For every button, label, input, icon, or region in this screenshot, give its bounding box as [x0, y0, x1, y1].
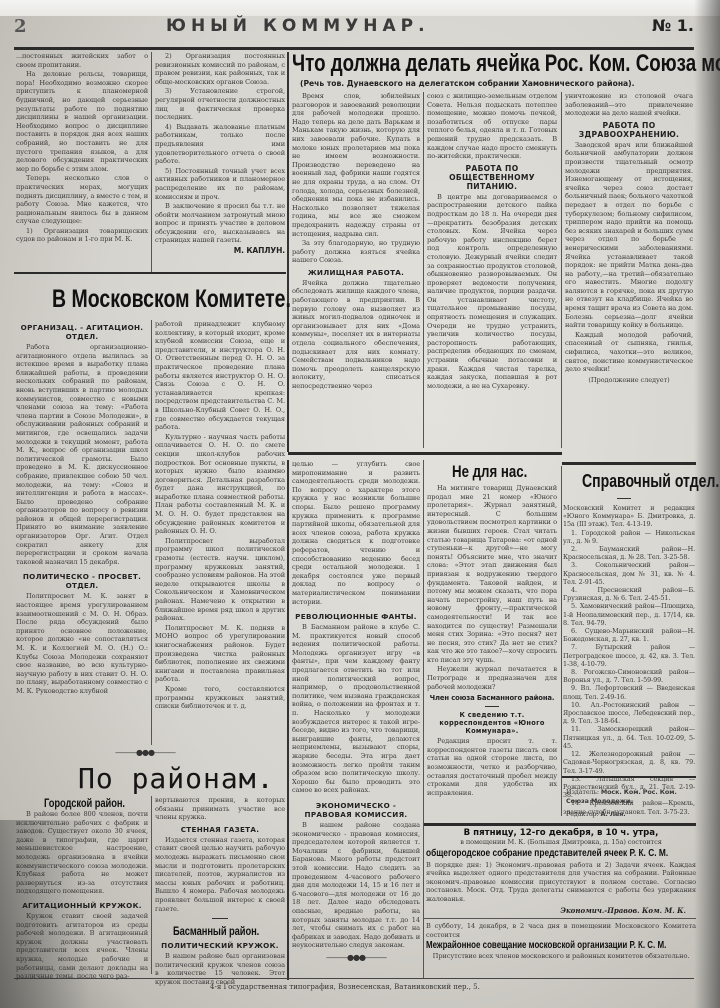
housing-heading: ЖИЛИЩНАЯ РАБОТА.: [292, 268, 420, 277]
reference-intro: Московский Комитет и редакция «Юного Ком…: [563, 504, 695, 529]
districts-headline: По районам.: [78, 762, 278, 795]
agit-circle-heading: АГИТАЦИОННЫЙ КРУЖОК.: [16, 901, 148, 910]
column-divider: [423, 460, 424, 978]
column-divider: [151, 796, 152, 974]
editor-label: Редактор:: [566, 810, 599, 818]
paragraph: Редакция просит т. т. корреспондентов га…: [427, 737, 557, 797]
paragraph: Ячейка должна тщательно обследовать жили…: [292, 279, 420, 391]
reference-entry: 2. Бауманский район—Н. Красносельская, д…: [563, 545, 695, 561]
announcement-2-date: В субботу, 14 декабря, в 2 часа дня в по…: [426, 922, 696, 939]
paragraph: вертываются прения, в которых обязаны пр…: [155, 796, 285, 822]
reference-entry: 1. Городской район — Никольская ул., д. …: [563, 529, 695, 545]
divider: [424, 918, 696, 919]
paragraph: Время слов, юбилейных разговоров и завое…: [292, 92, 420, 238]
paragraph: На деловые рельсы, товарищи, пора! Необх…: [16, 70, 148, 173]
paragraph: В центре мы договариваемся о распростран…: [427, 193, 557, 391]
letter-signature: Член союза Басманного района.: [427, 694, 557, 702]
announcement-2-title: Межрайонное совещание московской организ…: [426, 939, 637, 952]
left-article-col2: 2) Организация постоянных ревизионных ко…: [155, 52, 285, 255]
paragraph: Кроме того, составляются программы кружк…: [155, 685, 285, 711]
reference-entry: 8. Рогожско-Симоновский район—Воронья ул…: [563, 668, 695, 684]
paragraph: Теперь несколько слов о практических мер…: [16, 174, 148, 226]
column-divider: [561, 92, 562, 448]
announcement-1-signature: Экономич.-Правов. Ком. М. К.: [426, 906, 686, 915]
masthead: 2 ЮНЫЙ КОММУНАР. № 1.: [14, 14, 694, 38]
middle-lower-col: целью — углубить свое миропонимание и ра…: [292, 460, 420, 962]
lead-col2: союз с жилищно-земельным отделом Совета.…: [427, 92, 557, 391]
paragraph: В районе более 800 членов, почти исключи…: [16, 810, 148, 896]
lead-col1: Время слов, юбилейных разговоров и завое…: [292, 92, 420, 392]
paragraph: целью — углубить свое миропонимание и ра…: [292, 460, 420, 606]
districts-col1: Городской район. В районе более 800 член…: [16, 796, 148, 982]
short-rule: [485, 706, 499, 707]
section-rule: [424, 823, 696, 826]
scan-shadow: [694, 0, 720, 1008]
section-rule: [288, 452, 562, 455]
announcement-2-text: Присутствие всех членов московского и ра…: [426, 952, 696, 961]
notice-heading: К сведению т.т. корреспондентов «Юного К…: [427, 711, 557, 735]
publisher-label: Издатель:: [566, 788, 599, 796]
paragraph: Политпросвет М. К. занят в настоящее вре…: [16, 592, 148, 695]
gorodskoy-heading: Городской район.: [44, 796, 125, 810]
mk-col2: работой принадлежит клубному коллективу,…: [155, 320, 285, 712]
short-rule: [212, 918, 228, 919]
paragraph: В заключение я просил бы т.т. не обойти …: [155, 202, 285, 245]
paragraph: Политпросвет выработал программу школ по…: [155, 537, 285, 623]
fanty-heading: РЕВОЛЮЦИОННЫЕ ФАНТЫ.: [292, 612, 420, 621]
basman-subheading: ПОЛИТИЧЕСКИЙ КРУЖОК.: [155, 941, 285, 950]
section-rule: [562, 776, 696, 778]
continued-note: (Продолжение следует): [565, 376, 693, 385]
reference-directory: Московский Комитет и редакция «Юного Ком…: [563, 504, 695, 816]
left-article-col1: ...постоянных житейских забот о своем пр…: [16, 52, 148, 245]
reference-entry: 10. Ал.-Ростокинский район — Ярославское…: [563, 701, 695, 726]
polit-prosvet-heading: ПОЛИТИЧЕСКО - ПРОСВЕТ. ОТДЕЛ.: [16, 572, 148, 590]
short-rule: [617, 498, 631, 499]
paragraph: 5) Постоянный точный учет всех активных …: [155, 167, 285, 201]
health-heading: РАБОТА ПО ЗДРАВООХРАНЕНИЮ.: [565, 121, 693, 139]
announcement-1-date: В пятницу, 12-го декабря, в 10 ч. утра,: [426, 828, 696, 838]
reference-headline-wrap: Справочный отдел.: [582, 470, 702, 492]
announcement-1-title: общегородское собрание представителей яч…: [426, 847, 647, 860]
reference-entry: 12. Железнодорожный район — Садовая-Черн…: [563, 750, 695, 775]
paragraph: ...постоянных житейских забот о своем пр…: [16, 52, 148, 69]
paragraph: В нашем районе был организован политичес…: [155, 952, 285, 986]
lead-headline: Что должна делать ячейка Рос. Ком. Союза…: [292, 50, 682, 78]
paragraph: Каждый молодой рабочий, спасенный от сып…: [565, 331, 693, 374]
paragraph: 1) Организация товарищеских судов по рай…: [16, 227, 148, 244]
reference-entry: 6. Сущево-Марьинский район—Н. Божедомска…: [563, 627, 695, 643]
moscow-committee-headline: В Московском Комитете.: [52, 284, 239, 314]
announcement-1-place: в помещении М. К. (Большая Дмитровка, д.…: [426, 838, 696, 847]
lead-subheadline: (Речь тов. Дунаевского на делегатском со…: [300, 79, 700, 88]
author-signature: М. КАПЛУН.: [155, 246, 285, 255]
column-divider: [151, 320, 152, 745]
paragraph: 3) Установление строгой, регулярной отче…: [155, 87, 285, 121]
paragraph: союз с жилищно-земельным отделом Совета.…: [427, 92, 557, 161]
section-rule: [562, 462, 696, 465]
reference-entry: 9. Вл. Лефортовский — Введенская площ. Т…: [563, 684, 695, 700]
econ-heading: ЭКОНОМИЧЕСКО - ПРАВОВАЯ КОМИССИЯ.: [292, 801, 420, 819]
ornament-divider: ———●●●———: [110, 748, 180, 757]
editor-name: А. Лея.: [601, 810, 626, 818]
printer-imprint: 4-я Государственная типография, Вознесен…: [210, 983, 690, 991]
lead-headline-wrap: Что должна делать ячейка Рос. Ком. Союза…: [292, 50, 720, 80]
announcement-1: В пятницу, 12-го декабря, в 10 ч. утра, …: [426, 828, 696, 915]
not-for-us-headline: Не для нас.: [452, 462, 530, 482]
org-agit-heading: ОРГАНИЗАЦ. - АГИТАЦИОН. ОТДЕЛ.: [16, 323, 148, 341]
mk-col1: ОРГАНИЗАЦ. - АГИТАЦИОН. ОТДЕЛ. Работа ор…: [16, 320, 148, 697]
issue-number: № 1.: [652, 16, 694, 35]
lead-col3: уничтожение из столовой очага заболевани…: [565, 92, 693, 384]
reference-headline: Справочный отдел.: [582, 470, 676, 492]
paragraph: В Басманном районе в клубе С. М. практик…: [292, 623, 420, 795]
not-for-us-col: На митинге товарищ Дунаевский продал мне…: [427, 484, 557, 798]
paragraph: 4) Выдавать жалованье платным работникам…: [155, 123, 285, 166]
paragraph: В нашем районе создана экономическо - пр…: [292, 821, 420, 950]
ornament-divider: ———●●●———: [292, 954, 420, 963]
moscow-committee-headline-wrap: В Московском Комитете.: [52, 284, 292, 314]
paragraph: На митинге товарищ Дунаевский продал мне…: [427, 484, 557, 664]
column-divider: [151, 52, 152, 272]
paragraph: Культурно - научная часть работы оплачив…: [155, 433, 285, 536]
paragraph: Политпросвет М. К. подняв в МОНО вопрос …: [155, 624, 285, 684]
announcement-2: В субботу, 14 декабря, в 2 часа дня в по…: [426, 922, 696, 961]
districts-col2: вертываются прения, в которых обязаны пр…: [155, 796, 285, 988]
reference-entry: 7. Бутырский район — Петроградское шоссе…: [563, 643, 695, 668]
reference-entry: 4. Пресненский район—Б. Грузинская, д. №…: [563, 586, 695, 602]
paragraph: Работа организационно-агитационного отде…: [16, 343, 148, 566]
announcement-1-text: В порядке дня: 1) Экономич.-правовая раб…: [426, 861, 696, 904]
paragraph: Издается стенная газета, которая ставит …: [155, 836, 285, 913]
paragraph: уничтожение из столовой очага заболевани…: [565, 92, 693, 118]
wall-newspaper-heading: СТЕННАЯ ГАЗЕТА.: [155, 825, 285, 834]
footer-rule: [14, 978, 694, 979]
paragraph: 2) Организация постоянных ревизионных ко…: [155, 52, 285, 86]
food-heading: РАБОТА ПО ОБЩЕСТВЕННОМУ ПИТАНИЮ.: [427, 164, 557, 191]
column-divider: [561, 466, 562, 816]
paragraph: Заводской врач или ближайшей больничной …: [565, 141, 693, 330]
reference-entry: 3. Сокольнический район—Красносельская, …: [563, 561, 695, 586]
column-divider: [287, 52, 289, 452]
not-for-us-headline-wrap: Не для нас.: [452, 462, 552, 482]
section-rule: [14, 272, 286, 274]
paragraph: Кружок ставит своей задачей подготовить …: [16, 912, 148, 981]
publisher-info: Издатель: Моск. Ком. Рос. Ком. Союза Мол…: [566, 788, 694, 819]
page-number: 2: [14, 16, 27, 37]
newspaper-title: ЮНЫЙ КОММУНАР.: [166, 16, 430, 36]
reference-entry: 5. Хамовнический район—Плющиха, 1-й Неоп…: [563, 602, 695, 627]
column-divider: [287, 460, 289, 980]
column-divider: [423, 92, 424, 448]
paragraph: Неужели журнал печатается в Петрограде и…: [427, 665, 557, 691]
basman-heading: Басманный район.: [173, 924, 260, 938]
paragraph: За эту благодарную, но трудную работу до…: [292, 239, 420, 265]
paragraph: работой принадлежит клубному коллективу,…: [155, 320, 285, 432]
reference-entry: 11. Замоскворецкий район—Пятницкая ул., …: [563, 725, 695, 750]
